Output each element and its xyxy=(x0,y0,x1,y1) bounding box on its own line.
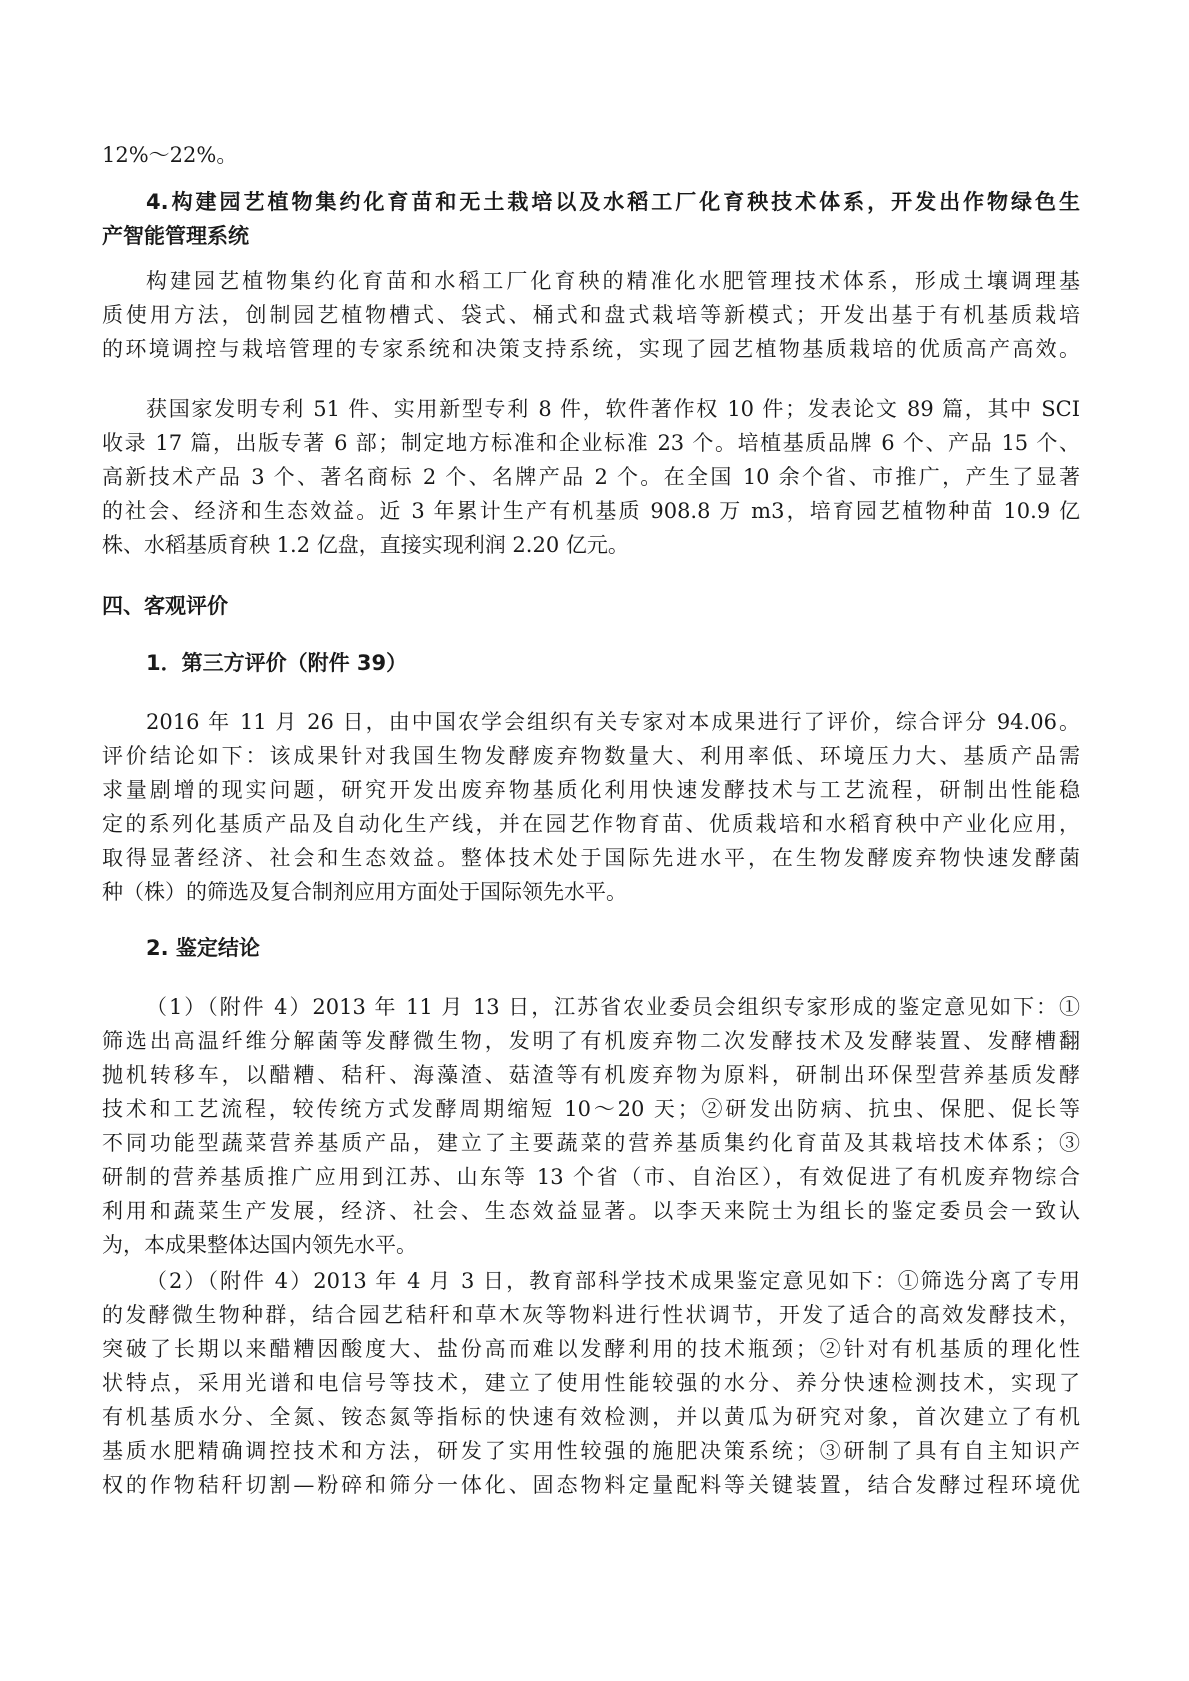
paragraph-line: （2）（附件 4）2013 年 4 月 3 日，教育部科学技术成果鉴定意见如下：… xyxy=(146,1264,1080,1298)
paragraph-line: 株、水稻基质育秧 1.2 亿盘，直接实现利润 2.20 亿元。 xyxy=(102,528,1080,562)
subsection-heading-third-party: 1．第三方评价（附件 39） xyxy=(146,646,1080,680)
paragraph-line: （1）（附件 4）2013 年 11 月 13 日，江苏省农业委员会组织专家形成… xyxy=(146,990,1080,1024)
paragraph-line: 获国家发明专利 51 件、实用新型专利 8 件，软件著作权 10 件；发表论文 … xyxy=(146,392,1080,426)
paragraph-line: 的发酵微生物种群，结合园艺秸秆和草木灰等物料进行性状调节，开发了适合的高效发酵技… xyxy=(102,1298,1080,1332)
paragraph-line: 求量剧增的现实问题，研究开发出废弃物基质化利用快速发酵技术与工艺流程，研制出性能… xyxy=(102,773,1080,807)
section-heading: 4.构建园艺植物集约化育苗和无土栽培以及水稻工厂化育秧技术体系，开发出作物绿色生 xyxy=(146,185,1080,219)
paragraph-line: 基质水肥精确调控技术和方法，研发了实用性较强的施肥决策系统；③研制了具有自主知识… xyxy=(102,1434,1080,1468)
paragraph-line: 2016 年 11 月 26 日，由中国农学会组织有关专家对本成果进行了评价，综… xyxy=(146,705,1080,739)
chapter-heading: 四、客观评价 xyxy=(102,589,1080,623)
paragraph-line: 为，本成果整体达国内领先水平。 xyxy=(102,1228,1080,1262)
paragraph-line: 技术和工艺流程，较传统方式发酵周期缩短 10～20 天；②研发出防病、抗虫、保肥… xyxy=(102,1092,1080,1126)
paragraph-line: 的环境调控与栽培管理的专家系统和决策支持系统，实现了园艺植物基质栽培的优质高产高… xyxy=(102,332,1080,366)
section-heading-cont: 产智能管理系统 xyxy=(102,219,1080,253)
paragraph-line: 构建园艺植物集约化育苗和水稻工厂化育秧的精准化水肥管理技术体系，形成土壤调理基 xyxy=(146,264,1080,298)
paragraph-line: 评价结论如下：该成果针对我国生物发酵废弃物数量大、利用率低、环境压力大、基质产品… xyxy=(102,739,1080,773)
paragraph-line: 利用和蔬菜生产发展，经济、社会、生态效益显著。以李天来院士为组长的鉴定委员会一致… xyxy=(102,1194,1080,1228)
paragraph-line: 研制的营养基质推广应用到江苏、山东等 13 个省（市、自治区），有效促进了有机废… xyxy=(102,1160,1080,1194)
continuation-text: 12%～22%。 xyxy=(102,138,1080,172)
paragraph-line: 筛选出高温纤维分解菌等发酵微生物，发明了有机废弃物二次发酵技术及发酵装置、发酵槽… xyxy=(102,1024,1080,1058)
subsection-heading-appraisal: 2. 鉴定结论 xyxy=(146,931,1080,965)
paragraph-line: 有机基质水分、全氮、铵态氮等指标的快速有效检测，并以黄瓜为研究对象，首次建立了有… xyxy=(102,1400,1080,1434)
paragraph-line: 收录 17 篇，出版专著 6 部；制定地方标准和企业标准 23 个。培植基质品牌… xyxy=(102,426,1080,460)
paragraph-line: 突破了长期以来醋糟因酸度大、盐份高而难以发酵利用的技术瓶颈；②针对有机基质的理化… xyxy=(102,1332,1080,1366)
paragraph-line: 取得显著经济、社会和生态效益。整体技术处于国际先进水平，在生物发酵废弃物快速发酵… xyxy=(102,841,1080,875)
paragraph-line: 质使用方法，创制园艺植物槽式、袋式、桶式和盘式栽培等新模式；开发出基于有机基质栽… xyxy=(102,298,1080,332)
paragraph-line: 抛机转移车，以醋糟、秸秆、海藻渣、菇渣等有机废弃物为原料，研制出环保型营养基质发… xyxy=(102,1058,1080,1092)
paragraph-line: 不同功能型蔬菜营养基质产品，建立了主要蔬菜的营养基质集约化育苗及其栽培技术体系；… xyxy=(102,1126,1080,1160)
paragraph-line: 的社会、经济和生态效益。近 3 年累计生产有机基质 908.8 万 m3，培育园… xyxy=(102,494,1080,528)
paragraph-line: 定的系列化基质产品及自动化生产线，并在园艺作物育苗、优质栽培和水稻育秧中产业化应… xyxy=(102,807,1080,841)
paragraph-line: 高新技术产品 3 个、著名商标 2 个、名牌产品 2 个。在全国 10 余个省、… xyxy=(102,460,1080,494)
paragraph-line: 种（株）的筛选及复合制剂应用方面处于国际领先水平。 xyxy=(102,875,1080,909)
paragraph-line: 状特点，采用光谱和电信号等技术，建立了使用性能较强的水分、养分快速检测技术，实现… xyxy=(102,1366,1080,1400)
paragraph-line: 权的作物秸秆切割—粉碎和筛分一体化、固态物料定量配料等关键装置，结合发酵过程环境… xyxy=(102,1468,1080,1502)
